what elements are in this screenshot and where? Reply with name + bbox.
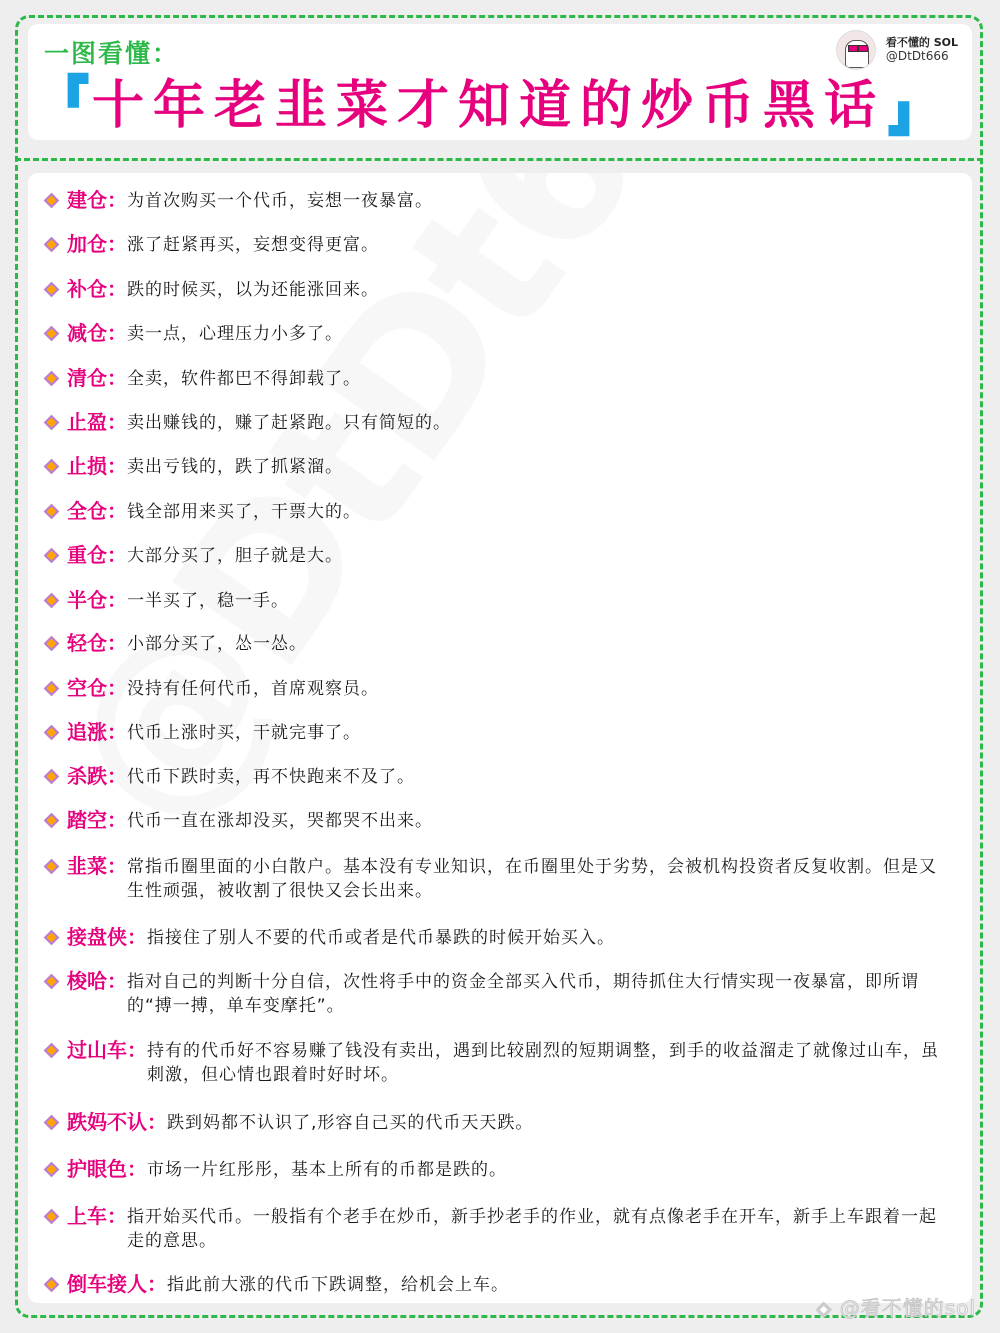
- term: 重仓：: [67, 542, 127, 569]
- definition: 指此前大涨的代币下跌调整，给机会上车。: [167, 1271, 509, 1297]
- term: 止盈：: [67, 409, 127, 436]
- list-item: 补仓： 跌的时候买，以为还能涨回来。: [42, 276, 942, 303]
- definition: 持有的代币好不容易赚了钱没有卖出，遇到比较剧烈的短期调整，到手的收益溜走了就像过…: [147, 1037, 947, 1087]
- list-item: 杀跌： 代币下跌时卖，再不快跑来不及了。: [42, 763, 942, 790]
- definition: 一半买了，稳一手。: [127, 587, 289, 613]
- diamond-bullet-icon: [44, 813, 60, 829]
- diamond-bullet-icon: [44, 415, 60, 431]
- definition: 卖出赚钱的，赚了赶紧跑。只有简短的。: [127, 409, 451, 435]
- left-bracket: 『: [42, 75, 88, 121]
- term: 空仓：: [67, 675, 127, 702]
- definition: 全卖，软件都巴不得卸载了。: [127, 365, 361, 391]
- diamond-bullet-icon: [44, 371, 60, 387]
- definition: 卖一点，心理压力小多了。: [127, 320, 343, 346]
- list-item: 梭哈： 指对自己的判断十分自信，次性将手中的资金全部买入代币，期待抓住大行情实现…: [42, 968, 947, 1018]
- list-item: 接盘侠： 指接住了别人不要的代币或者是代币暴跌的时候开始买入。: [42, 924, 947, 951]
- diamond-bullet-icon: [44, 548, 60, 564]
- glossary-card: @DtDt666 建仓： 为首次购买一个代币，妄想一夜暴富。 加仓： 涨了赶紧再…: [28, 173, 972, 1303]
- diamond-bullet-icon: [44, 681, 60, 697]
- page-title: 『 十年老韭菜才知道的炒币黑话 』: [42, 76, 962, 136]
- list-item: 倒车接人： 指此前大涨的代币下跌调整，给机会上车。: [42, 1271, 947, 1298]
- author-badge: 看不懂的 SOL @DtDt666: [836, 30, 958, 70]
- definition: 跌的时候买，以为还能涨回来。: [127, 276, 379, 302]
- diamond-bullet-icon: [44, 769, 60, 785]
- list-item: 半仓： 一半买了，稳一手。: [42, 587, 942, 614]
- list-item: 空仓： 没持有任何代币，首席观察员。: [42, 675, 942, 702]
- term: 接盘侠：: [67, 924, 147, 951]
- list-item: 止盈： 卖出赚钱的，赚了赶紧跑。只有简短的。: [42, 409, 942, 436]
- list-item: 减仓： 卖一点，心理压力小多了。: [42, 320, 942, 347]
- diamond-bullet-icon: [44, 593, 60, 609]
- list-item: 跌妈不认： 跌到妈都不认识了,形容自己买的代币天天跌。: [42, 1109, 947, 1136]
- diamond-bullet-icon: [44, 326, 60, 342]
- diamond-bullet-icon: [44, 1115, 60, 1131]
- avatar: [836, 30, 876, 70]
- definition: 涨了赶紧再买，妄想变得更富。: [127, 231, 379, 257]
- footer-watermark: ◈ @看不懂的sol: [816, 1292, 976, 1321]
- term: 过山车：: [67, 1037, 147, 1064]
- glasses-icon: [848, 45, 858, 52]
- definition: 指对自己的判断十分自信，次性将手中的资金全部买入代币，期待抓住大行情实现一夜暴富…: [127, 968, 947, 1018]
- term: 上车：: [67, 1203, 127, 1230]
- list-item: 加仓： 涨了赶紧再买，妄想变得更富。: [42, 231, 942, 258]
- definition: 为首次购买一个代币，妄想一夜暴富。: [127, 187, 433, 213]
- definition: 指开始买代币。一般指有个老手在炒币，新手抄老手的作业，就有点像老手在开车，新手上…: [127, 1203, 947, 1253]
- definition: 代币下跌时卖，再不快跑来不及了。: [127, 763, 415, 789]
- list-item: 追涨： 代币上涨时买，干就完事了。: [42, 719, 942, 746]
- diamond-bullet-icon: [44, 725, 60, 741]
- list-item: 韭菜： 常指币圈里面的小白散户。基本没有专业知识，在币圈里处于劣势，会被机构投资…: [42, 853, 947, 903]
- definition: 常指币圈里面的小白散户。基本没有专业知识，在币圈里处于劣势，会被机构投资者反复收…: [127, 853, 947, 903]
- dashed-divider: [15, 158, 983, 161]
- term: 补仓：: [67, 276, 127, 303]
- definition: 卖出亏钱的，跌了抓紧溜。: [127, 453, 343, 479]
- diamond-bullet-icon: [44, 1209, 60, 1225]
- term: 全仓：: [67, 498, 127, 525]
- diamond-bullet-icon: [44, 193, 60, 209]
- term: 韭菜：: [67, 853, 127, 880]
- definition: 大部分买了，胆子就是大。: [127, 542, 343, 568]
- author-name: 看不懂的 SOL: [886, 36, 958, 50]
- diamond-bullet-icon: [44, 237, 60, 253]
- right-bracket: 』: [889, 91, 935, 137]
- diamond-bullet-icon: [44, 282, 60, 298]
- header-card: 一图看懂： 『 十年老韭菜才知道的炒币黑话 』 看不懂的 SOL @DtDt66…: [28, 24, 972, 140]
- term: 减仓：: [67, 320, 127, 347]
- list-item: 全仓： 钱全部用来买了，干票大的。: [42, 498, 942, 525]
- definition: 没持有任何代币，首席观察员。: [127, 675, 379, 701]
- diamond-bullet-icon: [44, 859, 60, 875]
- definition: 代币一直在涨却没买，哭都哭不出来。: [127, 807, 433, 833]
- term: 止损：: [67, 453, 127, 480]
- list-item: 建仓： 为首次购买一个代币，妄想一夜暴富。: [42, 187, 942, 214]
- diamond-bullet-icon: [44, 974, 60, 990]
- list-item: 止损： 卖出亏钱的，跌了抓紧溜。: [42, 453, 942, 480]
- title-text: 十年老韭菜才知道的炒币黑话: [88, 80, 889, 132]
- term: 追涨：: [67, 719, 127, 746]
- diamond-bullet-icon: [44, 1043, 60, 1059]
- term: 护眼色：: [67, 1156, 147, 1183]
- list-item: 过山车： 持有的代币好不容易赚了钱没有卖出，遇到比较剧烈的短期调整，到手的收益溜…: [42, 1037, 947, 1087]
- term: 踏空：: [67, 807, 127, 834]
- term: 半仓：: [67, 587, 127, 614]
- term: 倒车接人：: [67, 1271, 167, 1298]
- list-item: 上车： 指开始买代币。一般指有个老手在炒币，新手抄老手的作业，就有点像老手在开车…: [42, 1203, 947, 1253]
- diamond-bullet-icon: [44, 1162, 60, 1178]
- subtitle: 一图看懂：: [44, 34, 179, 70]
- list-item: 清仓： 全卖，软件都巴不得卸载了。: [42, 365, 942, 392]
- diamond-bullet-icon: [44, 459, 60, 475]
- diamond-bullet-icon: [44, 504, 60, 520]
- list-item: 重仓： 大部分买了，胆子就是大。: [42, 542, 942, 569]
- glasses-icon: [858, 45, 868, 52]
- diamond-bullet-icon: [44, 930, 60, 946]
- term: 轻仓：: [67, 630, 127, 657]
- term: 清仓：: [67, 365, 127, 392]
- term: 建仓：: [67, 187, 127, 214]
- definition: 代币上涨时买，干就完事了。: [127, 719, 361, 745]
- definition: 指接住了别人不要的代币或者是代币暴跌的时候开始买入。: [147, 924, 615, 950]
- definition: 小部分买了，怂一怂。: [127, 630, 307, 656]
- diamond-bullet-icon: [44, 1277, 60, 1293]
- list-item: 轻仓： 小部分买了，怂一怂。: [42, 630, 942, 657]
- definition: 市场一片红彤彤，基本上所有的币都是跌的。: [147, 1156, 507, 1182]
- term: 杀跌：: [67, 763, 127, 790]
- definition: 钱全部用来买了，干票大的。: [127, 498, 361, 524]
- list-item: 踏空： 代币一直在涨却没买，哭都哭不出来。: [42, 807, 942, 834]
- definition: 跌到妈都不认识了,形容自己买的代币天天跌。: [167, 1109, 533, 1135]
- term: 加仓：: [67, 231, 127, 258]
- author-handle: @DtDt666: [886, 49, 958, 64]
- list-item: 护眼色： 市场一片红彤彤，基本上所有的币都是跌的。: [42, 1156, 947, 1183]
- term: 跌妈不认：: [67, 1109, 167, 1136]
- term: 梭哈：: [67, 968, 127, 995]
- diamond-bullet-icon: [44, 636, 60, 652]
